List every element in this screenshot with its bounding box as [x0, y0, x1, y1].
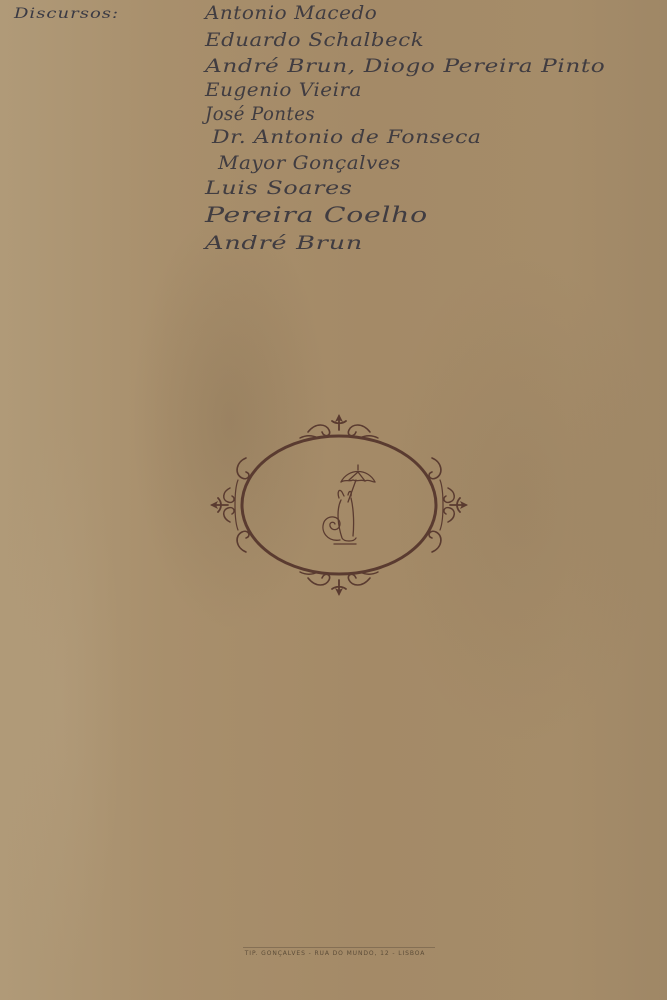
footer-rule [243, 947, 435, 948]
oval-frame-icon [208, 410, 470, 600]
list-label: Discursos: [14, 5, 119, 22]
list-item: José Pontes [205, 103, 315, 125]
list-item: Antonio Macedo [205, 2, 377, 24]
list-item: Pereira Coelho [205, 203, 428, 227]
list-item: André Brun, Diogo Pereira Pinto [205, 55, 605, 77]
list-item: Dr. Antonio de Fonseca [212, 126, 482, 148]
list-item: André Brun [205, 232, 363, 254]
list-item: Luis Soares [205, 177, 353, 199]
printer-imprint: TIP. GONÇALVES - RUA DO MUNDO, 12 - LISB… [230, 950, 440, 957]
ornamental-emblem [208, 410, 470, 600]
list-item: Eduardo Schalbeck [205, 29, 424, 51]
snail-umbrella-icon [323, 465, 375, 544]
handwritten-list: Discursos: Antonio Macedo Eduardo Schalb… [0, 0, 667, 260]
list-item: Eugenio Vieira [205, 79, 362, 101]
list-item: Mayor Gonçalves [218, 152, 401, 174]
